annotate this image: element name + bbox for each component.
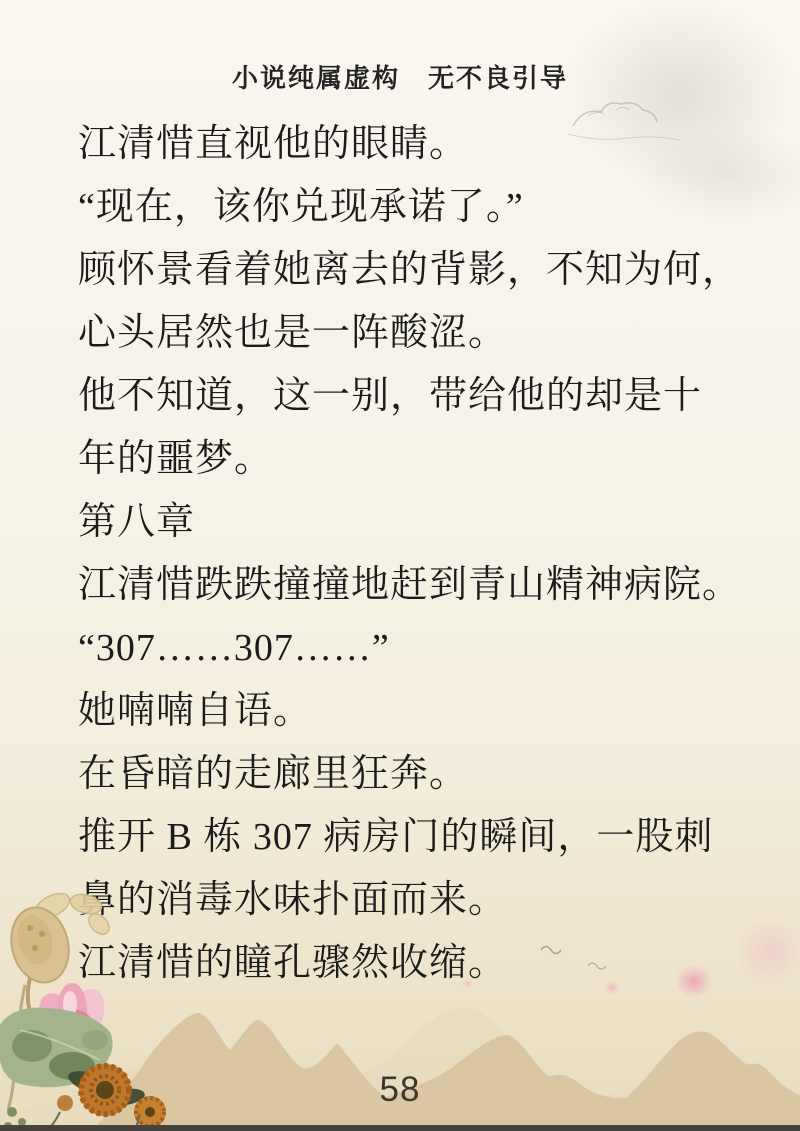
text-line: 在昏暗的走廊里狂奔。 bbox=[78, 743, 738, 806]
novel-page: 小说纯属虚构 无不良引导 江清惜直视他的眼睛。 “现在，该你兑现承诺了。” 顾怀… bbox=[0, 0, 800, 1131]
text-line: “现在，该你兑现承诺了。” bbox=[78, 176, 738, 239]
text-line: 心头居然也是一阵酸涩。 bbox=[78, 302, 738, 365]
text-line: 年的噩梦。 bbox=[78, 428, 738, 491]
text-line: 顾怀景看着她离去的背影，不知为何， bbox=[78, 239, 738, 302]
chapter-title-line: 第八章 bbox=[78, 491, 738, 554]
text-line: 她喃喃自语。 bbox=[78, 680, 738, 743]
page-number: 58 bbox=[0, 1070, 800, 1110]
text-line: 他不知道，这一别，带给他的却是十 bbox=[78, 365, 738, 428]
disclaimer-header: 小说纯属虚构 无不良引导 bbox=[0, 58, 800, 95]
text-line: “307……307……” bbox=[78, 617, 738, 680]
bird-marks bbox=[533, 936, 623, 981]
lotus-seedpod bbox=[4, 901, 77, 988]
text-line: 江清惜跌跌撞撞地赶到青山精神病院。 bbox=[78, 554, 738, 617]
bottom-edge-bar bbox=[0, 1125, 800, 1131]
text-line: 江清惜直视他的眼睛。 bbox=[78, 113, 738, 176]
